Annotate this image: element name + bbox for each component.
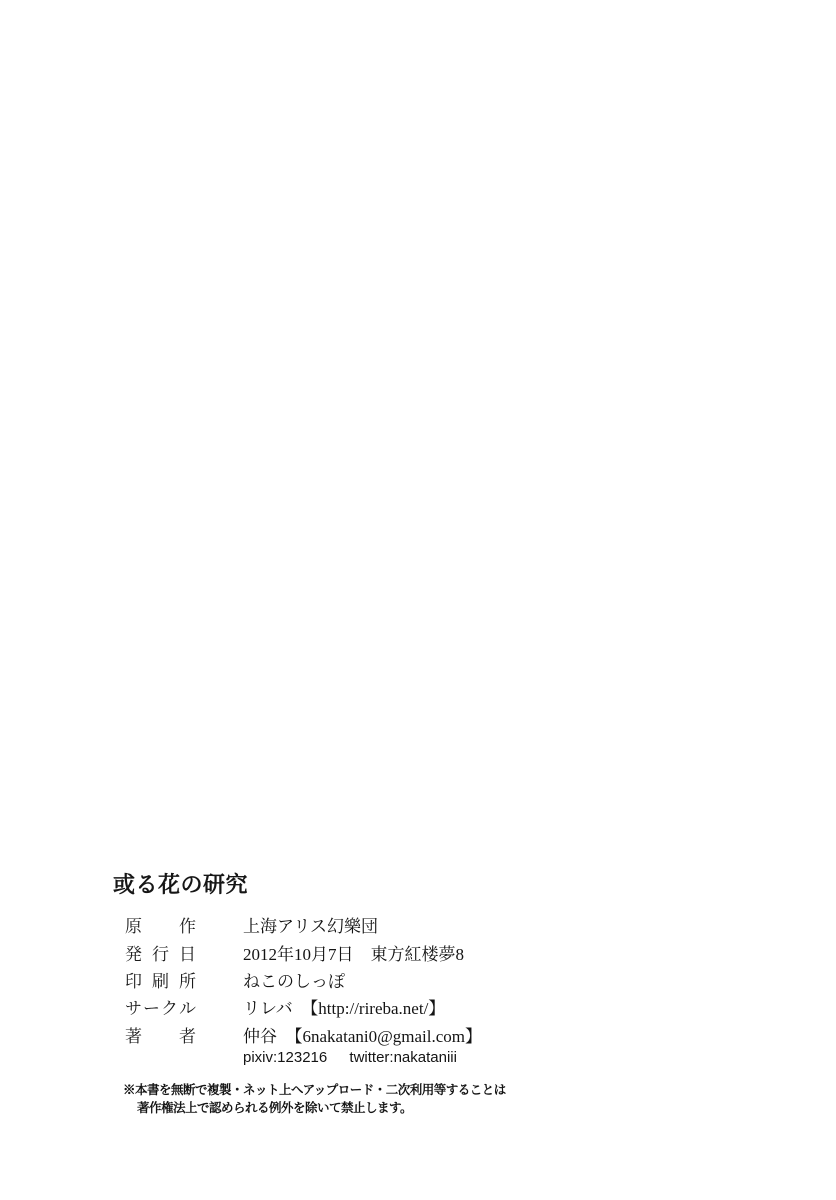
colophon-page: 或る花の研究 原作 上海アリス幻樂団 発行日 2012年10月7日 東方紅楼夢8… (0, 0, 836, 1200)
twitter-id: twitter:nakataniii (349, 1049, 457, 1066)
contact-line: pixiv:123216 twitter:nakataniii (243, 1049, 457, 1066)
copyright-notice-line1: ※本書を無断で複製・ネット上へアップロード・二次利用等することは (123, 1081, 506, 1099)
credit-row: 発行日 2012年10月7日 東方紅楼夢8 (125, 938, 482, 965)
copyright-notice: ※本書を無断で複製・ネット上へアップロード・二次利用等することは 著作権法上で認… (123, 1081, 506, 1117)
credit-value: リレバ 【http://rireba.net/】 (243, 994, 445, 1019)
credit-value: ねこのしっぽ (243, 967, 345, 992)
credit-row: 著者 仲谷 【6nakatani0@gmail.com】 (125, 1021, 482, 1048)
credit-label: 発行日 (125, 940, 196, 965)
credit-row: 印刷所 ねこのしっぽ (125, 966, 482, 993)
credit-label: 著者 (125, 1022, 196, 1047)
credit-label: サークル (125, 994, 196, 1019)
credit-label: 原作 (125, 912, 196, 937)
credit-row: サークル リレバ 【http://rireba.net/】 (125, 993, 482, 1020)
credit-value: 上海アリス幻樂団 (243, 912, 378, 937)
credit-value: 2012年10月7日 東方紅楼夢8 (243, 940, 464, 965)
credit-row: 原作 上海アリス幻樂団 (125, 911, 482, 938)
credits-list: 原作 上海アリス幻樂団 発行日 2012年10月7日 東方紅楼夢8 印刷所 ねこ… (125, 911, 482, 1048)
credit-label: 印刷所 (125, 967, 196, 992)
copyright-notice-line2: 著作権法上で認められる例外を除いて禁止します。 (123, 1099, 506, 1117)
pixiv-id: pixiv:123216 (243, 1049, 327, 1066)
credit-value: 仲谷 【6nakatani0@gmail.com】 (243, 1022, 482, 1047)
book-title: 或る花の研究 (113, 872, 248, 898)
